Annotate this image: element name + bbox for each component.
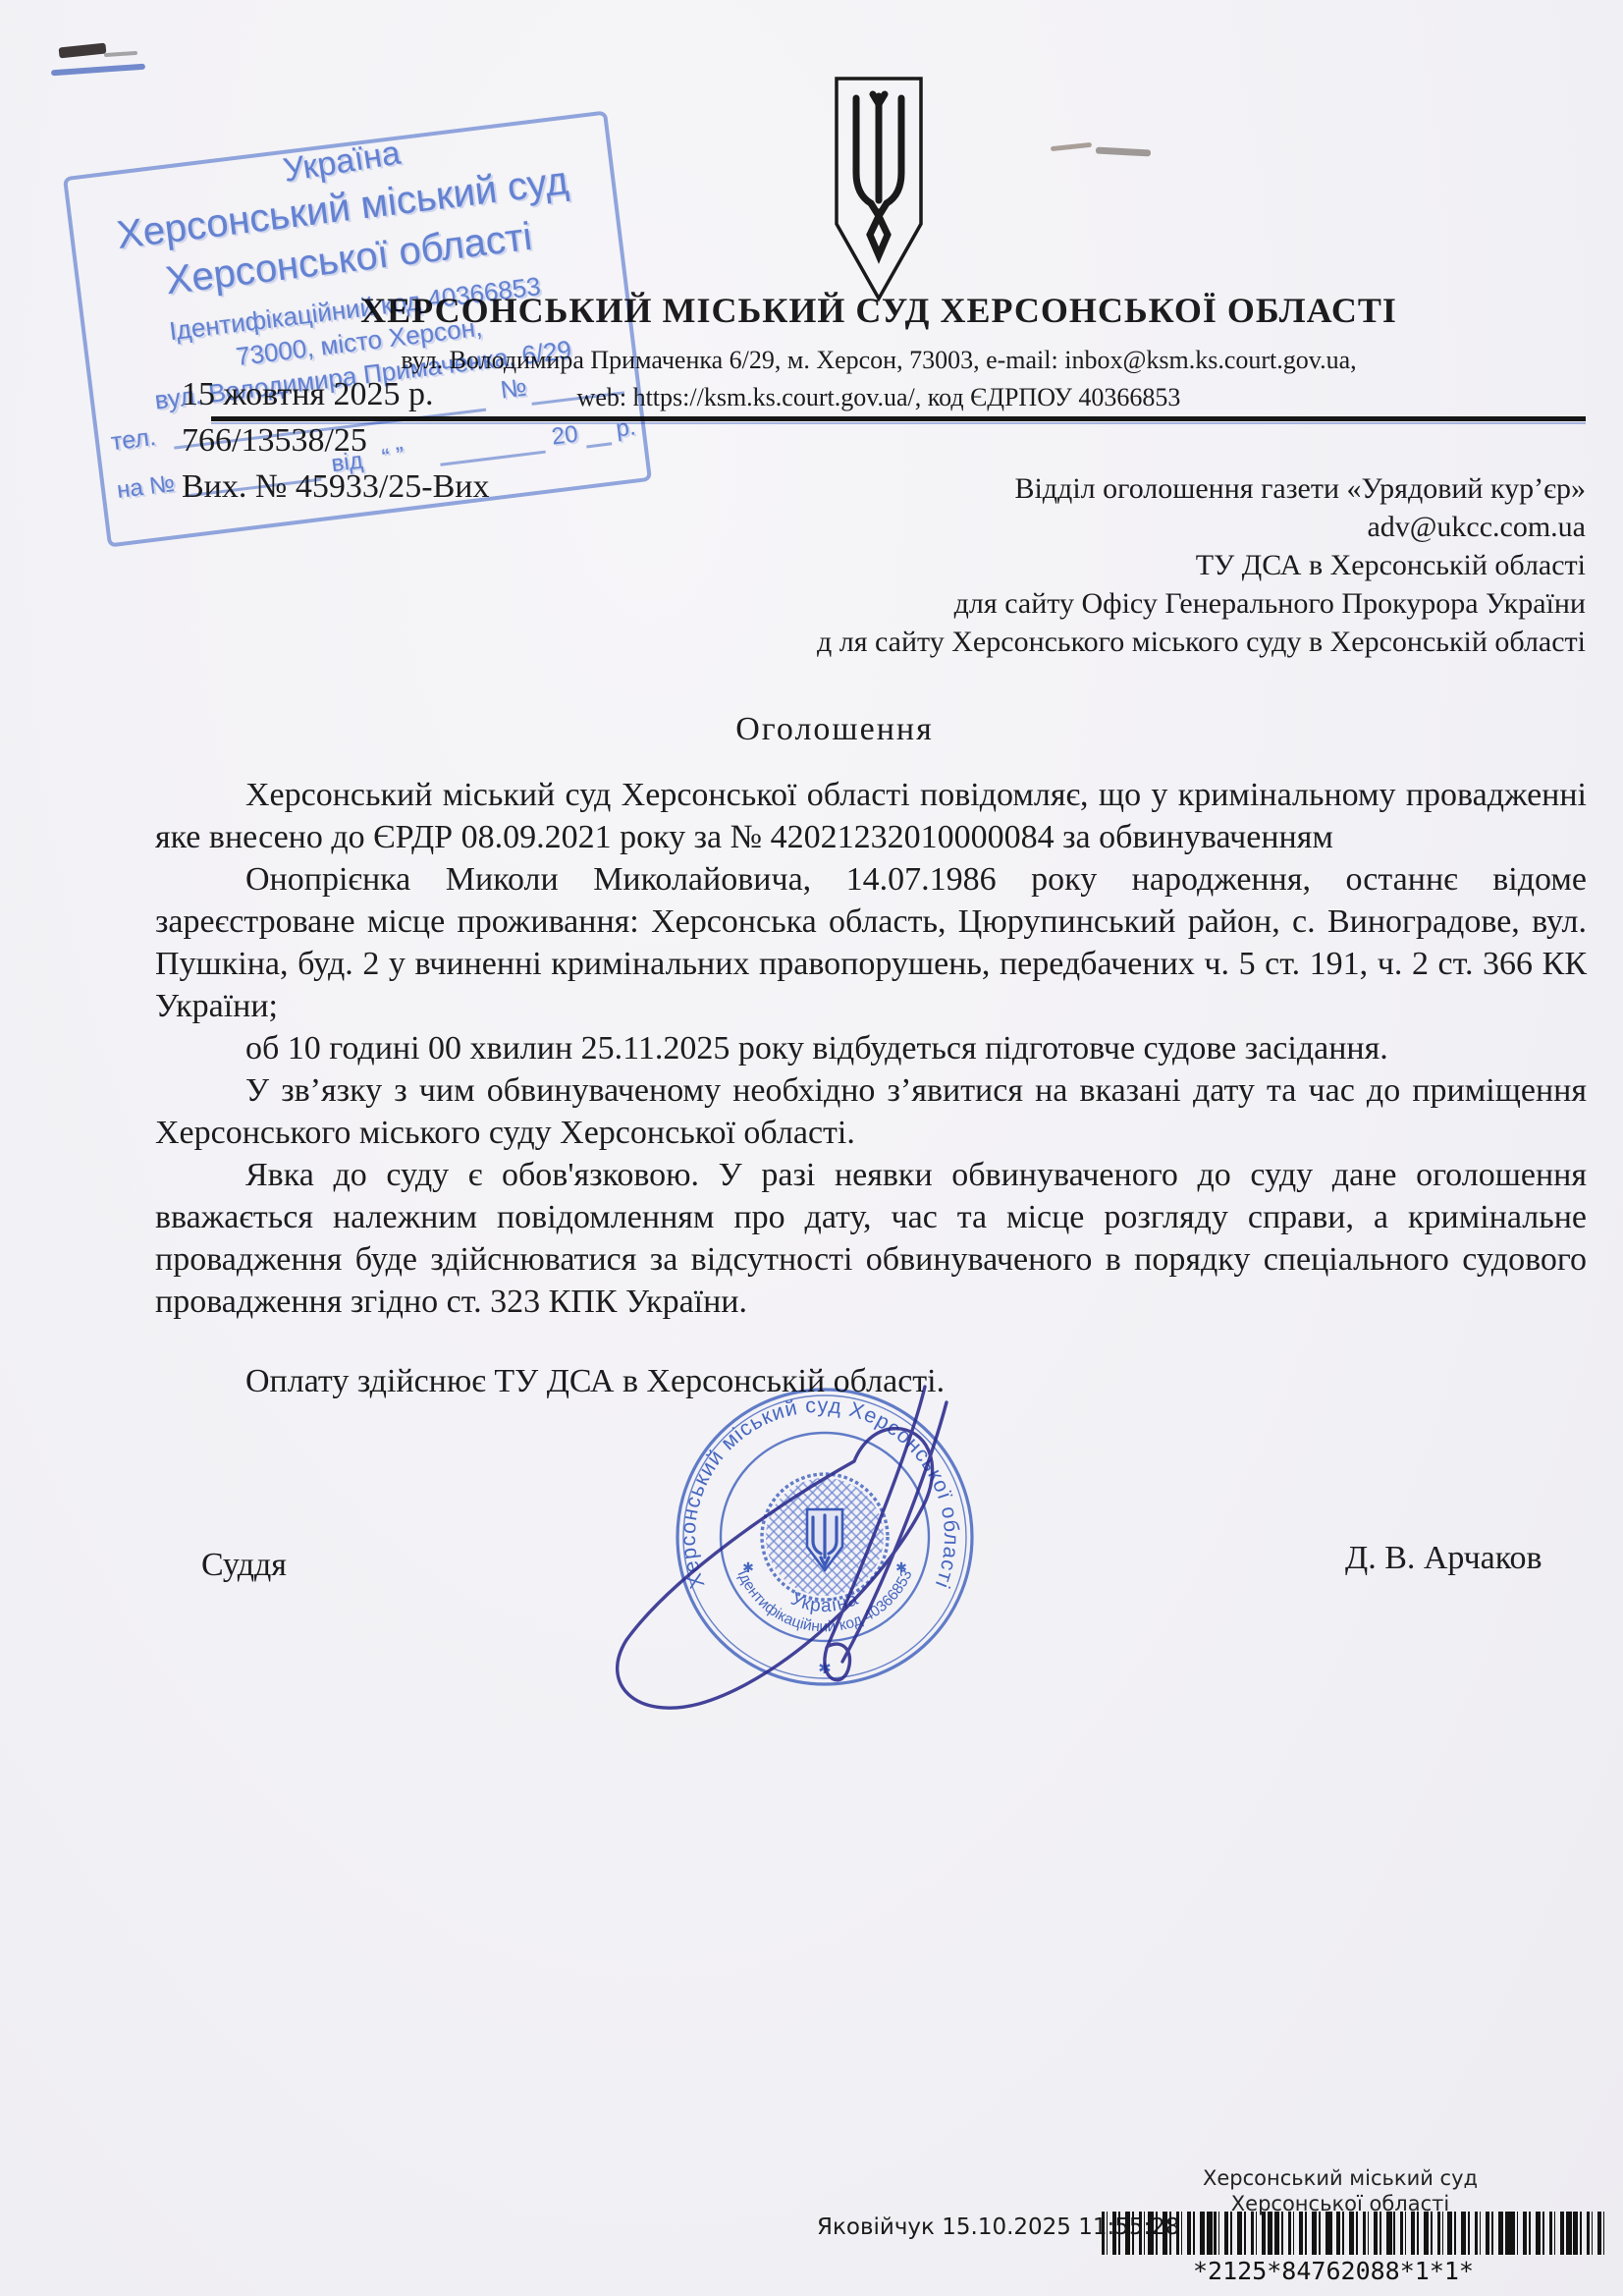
blue-ink-dash (51, 64, 145, 77)
body-paragraph: У зв’язку з чим обвинуваченому необхідно… (155, 1069, 1587, 1154)
announcement-title: Оголошення (167, 711, 1502, 748)
body-paragraph: об 10 годині 00 хвилин 25.11.2025 року в… (155, 1027, 1587, 1069)
footer-court-caption: Херсонський міський суд Херсонської обла… (1144, 2165, 1537, 2216)
scan-artifact (1051, 142, 1092, 151)
scanned-court-document: ХЕРСОНСЬКИЙ МІСЬКИЙ СУД ХЕРСОНСЬКОЇ ОБЛА… (0, 0, 1623, 2296)
document-date: 15 жовтня 2025 р. (182, 371, 489, 417)
scan-artifact (104, 51, 137, 57)
stamp-num-label: № (499, 374, 528, 406)
body-paragraph: Онопрієнка Миколи Миколайовича, 14.07.19… (155, 858, 1587, 1027)
body-paragraph: Херсонський міський суд Херсонської обла… (155, 774, 1587, 858)
recipient-line: Відділ оголошення газети «Урядовий кур’є… (530, 469, 1586, 508)
stamp-na-label: на № (116, 470, 177, 505)
reference-block: 15 жовтня 2025 р. 766/13538/25 Вих. № 45… (182, 371, 489, 510)
stamp-year-label: 20 (550, 421, 579, 452)
recipient-line: для сайту Офісу Генерального Прокурора У… (530, 584, 1586, 623)
announcement-body: Херсонський міський суд Херсонської обла… (155, 774, 1587, 1402)
barcode-value: *2125*84762088*1*1* (1137, 2257, 1530, 2285)
scan-artifact (59, 43, 107, 59)
recipient-line: д ля сайту Херсонського міського суду в … (530, 623, 1586, 661)
stamp-line (531, 391, 624, 406)
court-round-seal: Херсонський міський суд Херсонської обла… (579, 1345, 1070, 1777)
recipient-line: ТУ ДСА в Херсонській області (530, 546, 1586, 584)
stamp-tel-label: тел. (109, 423, 157, 457)
case-number: 766/13538/25 (182, 417, 489, 464)
scan-artifact (1096, 147, 1151, 157)
judge-role-label: Суддя (201, 1547, 287, 1584)
stamp-line (586, 442, 612, 448)
stamp-r-label: р. (615, 413, 637, 443)
document-barcode (1102, 2212, 1604, 2255)
footer-court-line1: Херсонський міський суд (1144, 2165, 1537, 2191)
recipient-block: Відділ оголошення газети «Урядовий кур’є… (530, 469, 1586, 661)
ukraine-trident-emblem (830, 75, 928, 305)
seal-star-left: ✱ (742, 1559, 754, 1575)
seal-star-right: ✱ (895, 1559, 907, 1575)
judge-name: Д. В. Арчаков (1345, 1540, 1542, 1577)
body-paragraph: Явка до суду є обов'язковою. У разі неяв… (155, 1154, 1587, 1323)
outgoing-number: Вих. № 45933/25-Вих (182, 464, 489, 510)
recipient-line: adv@ukcc.com.ua (530, 508, 1586, 546)
